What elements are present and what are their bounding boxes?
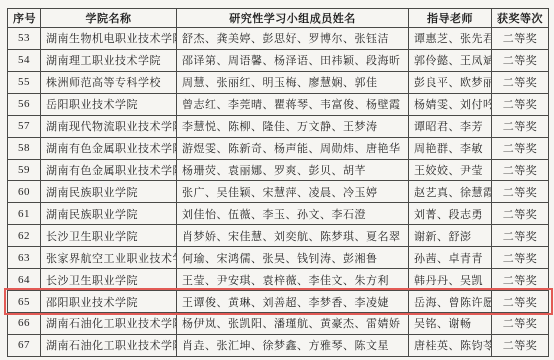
header-award: 获奖等次	[492, 9, 549, 28]
award-level: 二等奖	[492, 181, 549, 203]
award-level: 二等奖	[492, 28, 549, 50]
group-member-names: 刘佳怡、伍薇、李玉、孙文、李石澄	[177, 203, 409, 225]
group-member-names: 肖垚、张汇坤、徐梦鑫、方雅琴、陈文星	[177, 334, 409, 356]
table-row: 58 湖南有色金属职业技术学院 游煜雯、陈新奇、杨声能、周勋炜、唐艳华 周艳群、…	[8, 137, 549, 159]
college-name: 湖南民族职业学院	[41, 181, 177, 203]
table-row: 67 湖南石油化工职业技术学院 肖垚、张汇坤、徐梦鑫、方雅琴、陈文星 唐桂英、陈…	[8, 334, 549, 356]
award-table: 序号 学院名称 研究性学习小组成员姓名 指导老师 获奖等次 53 湖南生物机电职…	[7, 8, 549, 357]
header-no: 序号	[8, 9, 41, 28]
group-member-names: 杨珊荧、袁丽娜、罗爽、彭贝、胡芊	[177, 159, 409, 181]
header-members: 研究性学习小组成员姓名	[177, 9, 409, 28]
table-header-row: 序号 学院名称 研究性学习小组成员姓名 指导老师 获奖等次	[8, 9, 549, 28]
advisor-teachers: 杨婧雯、刘付吟川	[409, 93, 492, 115]
row-number: 57	[8, 115, 41, 137]
advisor-teachers: 王姣姣、尹莹	[409, 159, 492, 181]
award-level: 二等奖	[492, 203, 549, 225]
group-member-names: 王谭俊、黄琳、刘善超、李梦香、李凌婕	[177, 291, 409, 313]
college-name: 湖南石油化工职业技术学院	[41, 334, 177, 356]
row-number: 63	[8, 247, 41, 269]
college-name: 张家界航空工业职业技术学院	[41, 247, 177, 269]
table-row: 63 张家界航空工业职业技术学院 何瑜、宋鸿儒、张昊、钱钊涛、彭湘鲁 孙茜、卓青…	[8, 247, 549, 269]
group-member-names: 张广、吴佳颖、宋慧萍、凌晨、冷玉婷	[177, 181, 409, 203]
advisor-teachers: 吴铭、谢畅	[409, 312, 492, 334]
row-number: 55	[8, 71, 41, 93]
row-number: 60	[8, 181, 41, 203]
college-name: 株洲师范高等专科学校	[41, 71, 177, 93]
award-level: 二等奖	[492, 291, 549, 313]
award-level: 二等奖	[492, 334, 549, 356]
table-row: 65 邵阳职业技术学院 王谭俊、黄琳、刘善超、李梦香、李凌婕 岳海、曾陈许愿 二…	[8, 291, 549, 313]
table-row: 64 长沙卫生职业学院 王莹、尹安琪、袁梓薇、李佳文、朱方利 韩丹丹、吴凯 二等…	[8, 269, 549, 291]
college-name: 长沙卫生职业学院	[41, 225, 177, 247]
row-number: 56	[8, 93, 41, 115]
table-row: 60 湖南民族职业学院 张广、吴佳颖、宋慧萍、凌晨、冷玉婷 赵艺真、徐慧霞 二等…	[8, 181, 549, 203]
college-name: 湖南石油化工职业技术学院	[41, 312, 177, 334]
advisor-teachers: 谭惠芝、张先君	[409, 28, 492, 50]
group-member-names: 邵译第、周语馨、杨泽语、田祎颖、段海昕	[177, 49, 409, 71]
row-number: 64	[8, 269, 41, 291]
advisor-teachers: 郭伶懿、王凤斌	[409, 49, 492, 71]
advisor-teachers: 周艳群、李敏	[409, 137, 492, 159]
row-number: 58	[8, 137, 41, 159]
table-row: 62 长沙卫生职业学院 肖梦娇、宋佳慧、刘奕航、陈梦琪、夏名翠 谢新、舒澎 二等…	[8, 225, 549, 247]
row-number: 53	[8, 28, 41, 50]
award-level: 二等奖	[492, 225, 549, 247]
college-name: 长沙卫生职业学院	[41, 269, 177, 291]
award-level: 二等奖	[492, 269, 549, 291]
group-member-names: 舒杰、龚美婷、彭思好、罗博尔、张钰洁	[177, 28, 409, 50]
table-row: 59 湖南有色金属职业技术学院 杨珊荧、袁丽娜、罗爽、彭贝、胡芊 王姣姣、尹莹 …	[8, 159, 549, 181]
table-row: 53 湖南生物机电职业技术学院 舒杰、龚美婷、彭思好、罗博尔、张钰洁 谭惠芝、张…	[8, 28, 549, 50]
advisor-teachers: 岳海、曾陈许愿	[409, 291, 492, 313]
row-number: 54	[8, 49, 41, 71]
group-member-names: 李慧悦、陈柳、隆佳、万文静、王梦涛	[177, 115, 409, 137]
advisor-teachers: 赵艺真、徐慧霞	[409, 181, 492, 203]
college-name: 湖南理工职业技术学院	[41, 49, 177, 71]
table-row: 56 岳阳职业技术学院 曾志红、李莞晴、瞿蒋琴、韦富俊、杨壁霞 杨婧雯、刘付吟川…	[8, 93, 549, 115]
group-member-names: 何瑜、宋鸿儒、张昊、钱钊涛、彭湘鲁	[177, 247, 409, 269]
college-name: 湖南生物机电职业技术学院	[41, 28, 177, 50]
row-number: 65	[8, 291, 41, 313]
advisor-teachers: 孙茜、卓青青	[409, 247, 492, 269]
award-table-scan: 序号 学院名称 研究性学习小组成员姓名 指导老师 获奖等次 53 湖南生物机电职…	[7, 8, 548, 357]
header-college: 学院名称	[41, 9, 177, 28]
award-level: 二等奖	[492, 247, 549, 269]
table-row: 61 湖南民族职业学院 刘佳怡、伍薇、李玉、孙文、李石澄 刘菁、段志勇 二等奖	[8, 203, 549, 225]
table-row: 66 湖南石油化工职业技术学院 杨伊岚、张凯阳、潘瑾航、黄豪杰、雷婧娇 吴铭、谢…	[8, 312, 549, 334]
group-member-names: 肖梦娇、宋佳慧、刘奕航、陈梦琪、夏名翠	[177, 225, 409, 247]
college-name: 湖南现代物流职业技术学院	[41, 115, 177, 137]
college-name: 岳阳职业技术学院	[41, 93, 177, 115]
row-number: 59	[8, 159, 41, 181]
table-row: 54 湖南理工职业技术学院 邵译第、周语馨、杨泽语、田祎颖、段海昕 郭伶懿、王凤…	[8, 49, 549, 71]
college-name: 湖南民族职业学院	[41, 203, 177, 225]
award-level: 二等奖	[492, 49, 549, 71]
award-level: 二等奖	[492, 93, 549, 115]
table-row: 55 株洲师范高等专科学校 周慧、张丽红、明玉梅、廖慧娴、郭佳 彭良平、欧梦丽 …	[8, 71, 549, 93]
group-member-names: 曾志红、李莞晴、瞿蒋琴、韦富俊、杨壁霞	[177, 93, 409, 115]
award-level: 二等奖	[492, 71, 549, 93]
row-number: 61	[8, 203, 41, 225]
row-number: 66	[8, 312, 41, 334]
college-name: 邵阳职业技术学院	[41, 291, 177, 313]
advisor-teachers: 谢新、舒澎	[409, 225, 492, 247]
advisor-teachers: 谭昭君、李芳	[409, 115, 492, 137]
group-member-names: 周慧、张丽红、明玉梅、廖慧娴、郭佳	[177, 71, 409, 93]
advisor-teachers: 彭良平、欧梦丽	[409, 71, 492, 93]
advisor-teachers: 唐桂英、陈钧苓	[409, 334, 492, 356]
college-name: 湖南有色金属职业技术学院	[41, 137, 177, 159]
group-member-names: 王莹、尹安琪、袁梓薇、李佳文、朱方利	[177, 269, 409, 291]
row-number: 62	[8, 225, 41, 247]
award-level: 二等奖	[492, 159, 549, 181]
award-level: 二等奖	[492, 312, 549, 334]
award-level: 二等奖	[492, 115, 549, 137]
group-member-names: 游煜雯、陈新奇、杨声能、周勋炜、唐艳华	[177, 137, 409, 159]
table-row: 57 湖南现代物流职业技术学院 李慧悦、陈柳、隆佳、万文静、王梦涛 谭昭君、李芳…	[8, 115, 549, 137]
award-level: 二等奖	[492, 137, 549, 159]
advisor-teachers: 刘菁、段志勇	[409, 203, 492, 225]
group-member-names: 杨伊岚、张凯阳、潘瑾航、黄豪杰、雷婧娇	[177, 312, 409, 334]
header-teachers: 指导老师	[409, 9, 492, 28]
college-name: 湖南有色金属职业技术学院	[41, 159, 177, 181]
advisor-teachers: 韩丹丹、吴凯	[409, 269, 492, 291]
row-number: 67	[8, 334, 41, 356]
